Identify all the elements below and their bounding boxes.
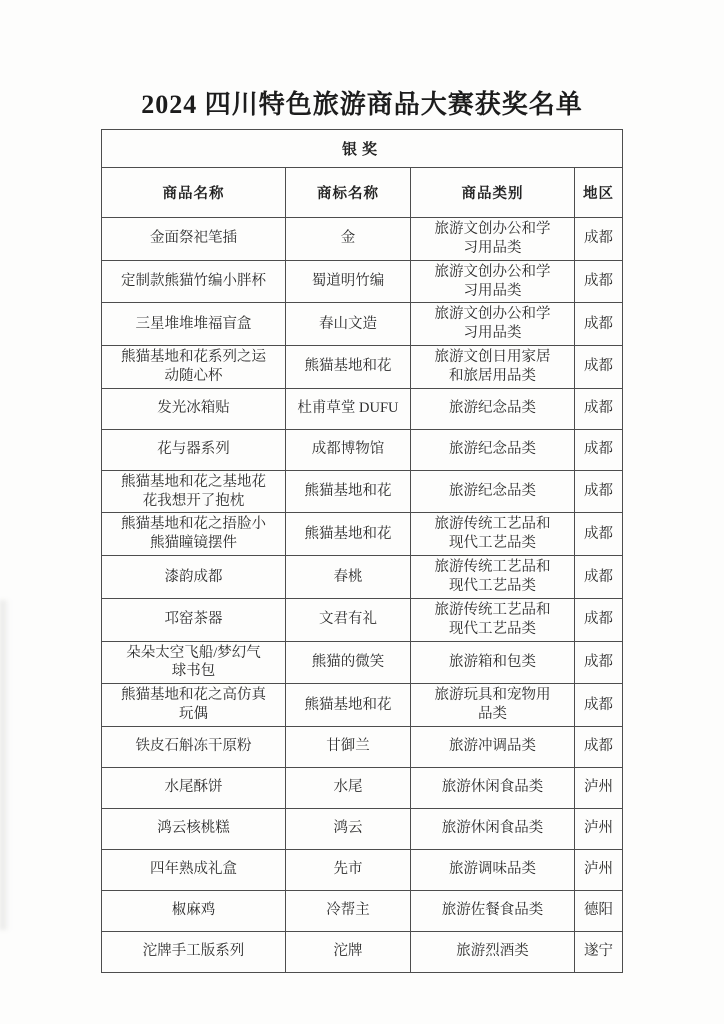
product-name-cell: 熊猫基地和花之捂脸小熊猫瞳镜摆件 (101, 513, 285, 556)
region-cell: 成都 (574, 218, 622, 261)
table-row: 鸿云核桃糕 鸿云 旅游休闲食品类 泸州 (101, 808, 622, 849)
table-row: 朵朵太空飞船/梦幻气球书包 熊猫的微笑 旅游箱和包类 成都 (101, 641, 622, 684)
category-cell: 旅游调味品类 (410, 849, 574, 890)
brand-name-cell: 文君有礼 (285, 598, 410, 641)
category-cell: 旅游冲调品类 (410, 726, 574, 767)
brand-name-cell: 甘御兰 (285, 726, 410, 767)
product-name-cell: 鸿云核桃糕 (101, 808, 285, 849)
region-cell: 成都 (574, 641, 622, 684)
brand-name-cell: 鸿云 (285, 808, 410, 849)
brand-name-cell: 春桃 (285, 556, 410, 599)
table-row: 邛窑茶器 文君有礼 旅游传统工艺品和现代工艺品类 成都 (101, 598, 622, 641)
column-header-category: 商品类别 (410, 168, 574, 218)
table-row: 熊猫基地和花之基地花花我想开了抱枕 熊猫基地和花 旅游纪念品类 成都 (101, 470, 622, 513)
column-header-region: 地区 (574, 168, 622, 218)
brand-name-cell: 成都博物馆 (285, 429, 410, 470)
table-row: 发光冰箱贴 杜甫草堂 DUFU 旅游纪念品类 成都 (101, 388, 622, 429)
category-cell: 旅游文创日用家居和旅居用品类 (410, 346, 574, 389)
brand-name-cell: 杜甫草堂 DUFU (285, 388, 410, 429)
award-table: 银奖 商品名称 商标名称 商品类别 地区 金面祭祀笔插 金 旅游文创办公和学习用… (101, 129, 623, 973)
category-cell: 旅游箱和包类 (410, 641, 574, 684)
category-cell: 旅游传统工艺品和现代工艺品类 (410, 513, 574, 556)
brand-name-cell: 熊猫基地和花 (285, 513, 410, 556)
table-row: 椒麻鸡 冷帮主 旅游佐餐食品类 德阳 (101, 890, 622, 931)
category-cell: 旅游玩具和宠物用品类 (410, 684, 574, 727)
region-cell: 成都 (574, 303, 622, 346)
column-header-brand: 商标名称 (285, 168, 410, 218)
product-name-cell: 定制款熊猫竹编小胖杯 (101, 260, 285, 303)
product-name-cell: 熊猫基地和花之基地花花我想开了抱枕 (101, 470, 285, 513)
brand-name-cell: 冷帮主 (285, 890, 410, 931)
category-cell: 旅游纪念品类 (410, 429, 574, 470)
brand-name-cell: 春山文造 (285, 303, 410, 346)
category-cell: 旅游烈酒类 (410, 931, 574, 972)
scan-edge-artifact (0, 600, 10, 930)
brand-name-cell: 熊猫基地和花 (285, 684, 410, 727)
category-cell: 旅游文创办公和学习用品类 (410, 260, 574, 303)
product-name-cell: 邛窑茶器 (101, 598, 285, 641)
product-name-cell: 漆韵成都 (101, 556, 285, 599)
column-header-product: 商品名称 (101, 168, 285, 218)
table-row: 金面祭祀笔插 金 旅游文创办公和学习用品类 成都 (101, 218, 622, 261)
brand-name-cell: 沱牌 (285, 931, 410, 972)
category-cell: 旅游传统工艺品和现代工艺品类 (410, 598, 574, 641)
table-row: 三星堆堆堆福盲盒 春山文造 旅游文创办公和学习用品类 成都 (101, 303, 622, 346)
region-cell: 泸州 (574, 849, 622, 890)
product-name-cell: 椒麻鸡 (101, 890, 285, 931)
award-tier-header: 银奖 (101, 130, 622, 168)
column-header-row: 商品名称 商标名称 商品类别 地区 (101, 168, 622, 218)
region-cell: 成都 (574, 346, 622, 389)
category-cell: 旅游纪念品类 (410, 388, 574, 429)
brand-name-cell: 熊猫基地和花 (285, 470, 410, 513)
region-cell: 成都 (574, 388, 622, 429)
category-cell: 旅游传统工艺品和现代工艺品类 (410, 556, 574, 599)
category-cell: 旅游休闲食品类 (410, 808, 574, 849)
award-tier-row: 银奖 (101, 130, 622, 168)
region-cell: 成都 (574, 470, 622, 513)
region-cell: 成都 (574, 513, 622, 556)
table-row: 沱牌手工版系列 沱牌 旅游烈酒类 遂宁 (101, 931, 622, 972)
table-row: 漆韵成都 春桃 旅游传统工艺品和现代工艺品类 成都 (101, 556, 622, 599)
brand-name-cell: 蜀道明竹编 (285, 260, 410, 303)
table-row: 定制款熊猫竹编小胖杯 蜀道明竹编 旅游文创办公和学习用品类 成都 (101, 260, 622, 303)
region-cell: 成都 (574, 429, 622, 470)
table-row: 熊猫基地和花之捂脸小熊猫瞳镜摆件 熊猫基地和花 旅游传统工艺品和现代工艺品类 成… (101, 513, 622, 556)
region-cell: 泸州 (574, 808, 622, 849)
product-name-cell: 熊猫基地和花系列之运动随心杯 (101, 346, 285, 389)
product-name-cell: 三星堆堆堆福盲盒 (101, 303, 285, 346)
page-title: 2024 四川特色旅游商品大赛获奖名单 (0, 0, 724, 120)
table-row: 铁皮石斛冻干原粉 甘御兰 旅游冲调品类 成都 (101, 726, 622, 767)
product-name-cell: 朵朵太空飞船/梦幻气球书包 (101, 641, 285, 684)
brand-name-cell: 先市 (285, 849, 410, 890)
brand-name-cell: 熊猫基地和花 (285, 346, 410, 389)
region-cell: 成都 (574, 726, 622, 767)
brand-name-cell: 熊猫的微笑 (285, 641, 410, 684)
region-cell: 德阳 (574, 890, 622, 931)
category-cell: 旅游文创办公和学习用品类 (410, 303, 574, 346)
region-cell: 成都 (574, 260, 622, 303)
product-name-cell: 发光冰箱贴 (101, 388, 285, 429)
product-name-cell: 水尾酥饼 (101, 767, 285, 808)
table-row: 熊猫基地和花系列之运动随心杯 熊猫基地和花 旅游文创日用家居和旅居用品类 成都 (101, 346, 622, 389)
product-name-cell: 金面祭祀笔插 (101, 218, 285, 261)
region-cell: 成都 (574, 598, 622, 641)
category-cell: 旅游纪念品类 (410, 470, 574, 513)
table-row: 四年熟成礼盒 先市 旅游调味品类 泸州 (101, 849, 622, 890)
table-body: 金面祭祀笔插 金 旅游文创办公和学习用品类 成都 定制款熊猫竹编小胖杯 蜀道明竹… (101, 218, 622, 973)
category-cell: 旅游休闲食品类 (410, 767, 574, 808)
region-cell: 成都 (574, 556, 622, 599)
region-cell: 成都 (574, 684, 622, 727)
category-cell: 旅游文创办公和学习用品类 (410, 218, 574, 261)
table-row: 熊猫基地和花之高仿真玩偶 熊猫基地和花 旅游玩具和宠物用品类 成都 (101, 684, 622, 727)
brand-name-cell: 水尾 (285, 767, 410, 808)
product-name-cell: 沱牌手工版系列 (101, 931, 285, 972)
product-name-cell: 花与器系列 (101, 429, 285, 470)
region-cell: 泸州 (574, 767, 622, 808)
product-name-cell: 四年熟成礼盒 (101, 849, 285, 890)
brand-name-cell: 金 (285, 218, 410, 261)
product-name-cell: 铁皮石斛冻干原粉 (101, 726, 285, 767)
region-cell: 遂宁 (574, 931, 622, 972)
document-page: 2024 四川特色旅游商品大赛获奖名单 银奖 商品名称 商标名称 商品类别 地区… (0, 0, 724, 1024)
table-row: 水尾酥饼 水尾 旅游休闲食品类 泸州 (101, 767, 622, 808)
category-cell: 旅游佐餐食品类 (410, 890, 574, 931)
table-row: 花与器系列 成都博物馆 旅游纪念品类 成都 (101, 429, 622, 470)
product-name-cell: 熊猫基地和花之高仿真玩偶 (101, 684, 285, 727)
